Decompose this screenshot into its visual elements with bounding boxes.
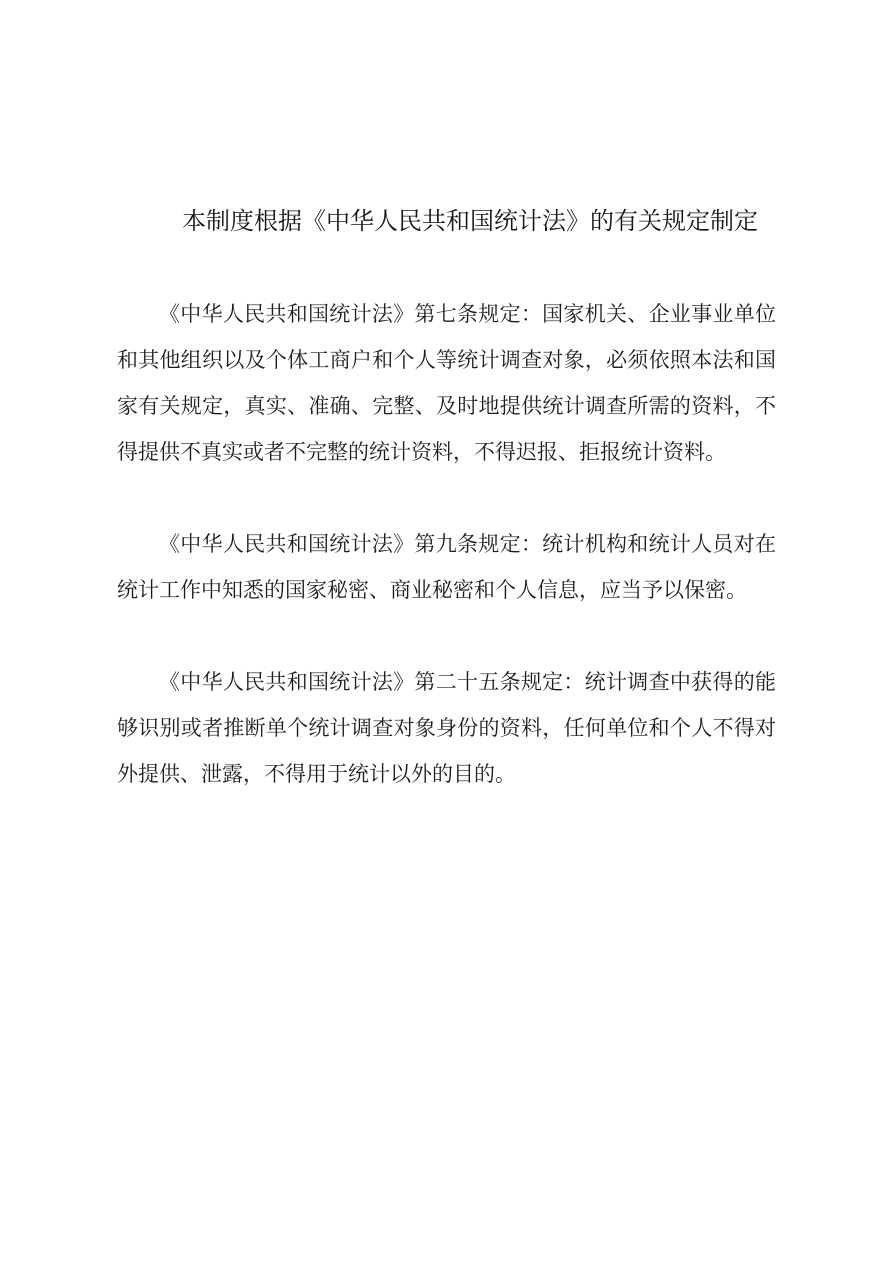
- paragraph-line: 家有关规定，真实、准确、完整、及时地提供统计调查所需的资料，不: [117, 383, 776, 429]
- document-title: 本制度根据《中华人民共和国统计法》的有关规定制定: [117, 199, 776, 245]
- paragraph-line: 《中华人民共和国统计法》第二十五条规定：统计调查中获得的能: [117, 659, 776, 705]
- paragraph-line: 《中华人民共和国统计法》第七条规定：国家机关、企业事业单位: [117, 291, 776, 337]
- paragraph-line: 和其他组织以及个体工商户和个人等统计调查对象，必须依照本法和国: [117, 337, 776, 383]
- document-content: 本制度根据《中华人民共和国统计法》的有关规定制定 《中华人民共和国统计法》第七条…: [117, 199, 776, 843]
- paragraph-article-7: 《中华人民共和国统计法》第七条规定：国家机关、企业事业单位 和其他组织以及个体工…: [117, 291, 776, 475]
- paragraph-line: 够识别或者推断单个统计调查对象身份的资料，任何单位和个人不得对: [117, 705, 776, 751]
- paragraph-article-25: 《中华人民共和国统计法》第二十五条规定：统计调查中获得的能 够识别或者推断单个统…: [117, 659, 776, 797]
- paragraph-article-9: 《中华人民共和国统计法》第九条规定：统计机构和统计人员对在 统计工作中知悉的国家…: [117, 521, 776, 613]
- document-page: 本制度根据《中华人民共和国统计法》的有关规定制定 《中华人民共和国统计法》第七条…: [0, 0, 893, 1263]
- paragraph-line: 《中华人民共和国统计法》第九条规定：统计机构和统计人员对在: [117, 521, 776, 567]
- paragraph-line: 统计工作中知悉的国家秘密、商业秘密和个人信息，应当予以保密。: [117, 567, 776, 613]
- paragraph-line: 得提供不真实或者不完整的统计资料，不得迟报、拒报统计资料。: [117, 429, 776, 475]
- paragraph-line: 外提供、泄露，不得用于统计以外的目的。: [117, 751, 776, 797]
